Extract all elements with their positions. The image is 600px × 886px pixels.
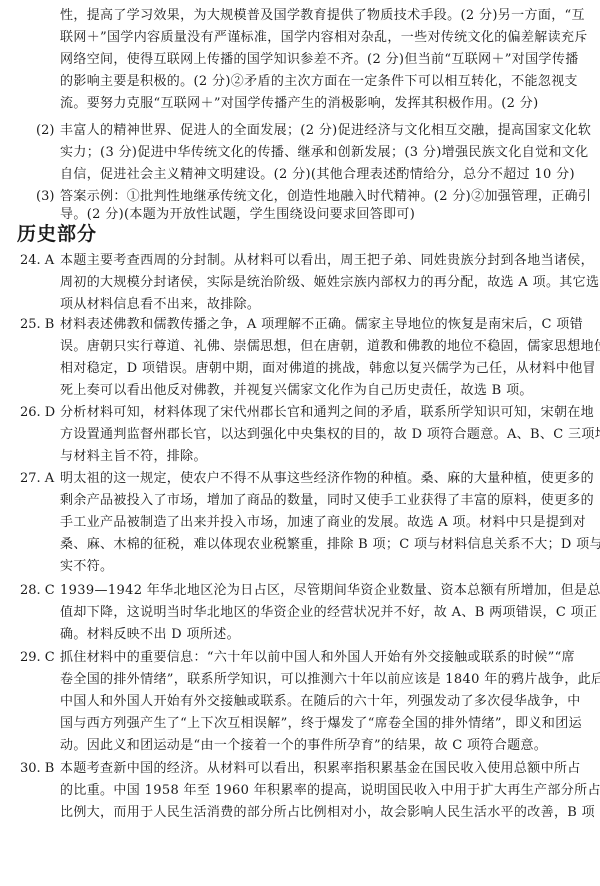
text-line: 误。唐朝只实行尊道、礼佛、崇儒思想，但在唐朝，道教和佛教的地位不稳固，儒家思想地… bbox=[60, 339, 600, 355]
text-line: 本题考查新中国的经济。从材料可以看出，积累率指积累基金在国民收入使用总额中所占 bbox=[60, 761, 581, 777]
text-line: 手工业产品被制造了出来并投入市场，加速了商业的发展。故选 A 项。材料中只是提到… bbox=[60, 515, 586, 531]
text-line: 分析材料可知，材料体现了宋代州郡长官和通判之间的矛盾，联系所学知识可知，宋朝在地 bbox=[60, 405, 594, 421]
text-line: 国与西方列强产生了“上下次互相误解”，终于爆发了“席卷全国的排外情绪”，即义和团… bbox=[60, 716, 582, 732]
text-line: 材料表述佛教和儒教传播之争，A 项理解不正确。儒家主导地位的恢复是南宋后，C 项… bbox=[60, 317, 583, 333]
text-line: 明太祖的这一规定，使农户不得不从事这些经济作物的种植。桑、麻的大量种植，使更多的 bbox=[60, 471, 594, 487]
sub-answer-label: (3) bbox=[36, 189, 54, 205]
text-line: 答案示例：①批判性地继承传统文化，创造性地融入时代精神。(2 分)②加强管理，正… bbox=[60, 189, 591, 205]
text-line: 确。材料反映不出 D 项所述。 bbox=[60, 627, 240, 643]
text-line: 抓住材料中的重要信息：“六十年以前中国人和外国人开始有外交接触或联系的时候”“席 bbox=[60, 650, 575, 666]
text-line: 本题主要考查西周的分封制。从材料可以看出，周王把子弟、同姓贵族分封到各地当诸侯， bbox=[60, 253, 594, 269]
text-line: 周初的大规模分封诸侯，实际是统治阶级、姬姓宗族内部权力的再分配，故选 A 项。其… bbox=[60, 275, 599, 291]
text-line: 项从材料信息看不出来，故排除。 bbox=[60, 297, 260, 313]
text-line: 桑、麻、木棉的征税，难以体现农业税繁重，排除 B 项；C 项与材料信息关系不大；… bbox=[60, 537, 600, 553]
text-line: 导。(2 分)(本题为开放性试题，学生围绕设问要求回答即可) bbox=[60, 207, 415, 223]
text-line: 联网＋”国学内容质量没有严谨标准，国学内容相对杂乱，一些对传统文化的偏差解读充斥 bbox=[60, 30, 588, 46]
text-line: 比例大，而用于人民生活消费的部分所占比例相对小，故会影响人民生活水平的改善，B … bbox=[60, 805, 595, 821]
sub-answer-label: (2) bbox=[36, 123, 54, 139]
question-label: 28. C bbox=[20, 583, 55, 599]
question-label: 24. A bbox=[20, 253, 54, 269]
question-label: 25. B bbox=[20, 317, 54, 333]
text-line: 中国人和外国人开始有外交接触或联系。在随后的六十年，列强发动了多次侵华战争，中 bbox=[60, 694, 581, 710]
text-line: 实力；(3 分)促进中华传统文化的传播、继承和创新发展；(3 分)增强民族文化自… bbox=[60, 145, 589, 161]
text-line: 的影响主要是积极的。(2 分)②矛盾的主次方面在一定条件下可以相互转化，不能忽视… bbox=[60, 74, 578, 90]
text-line: 自信，促进社会主义精神文明建设。(2 分)(其他合理表述酌情给分，总分不超过 1… bbox=[60, 167, 575, 183]
text-line: 性，提高了学习效果，为大规模普及国学教育提供了物质技术手段。(2 分)另一方面，… bbox=[60, 8, 585, 24]
text-line: 值却下降，这说明当时华北地区的华资企业的经营状况并不好，故 A、B 两项错误，C… bbox=[60, 605, 597, 621]
text-line: 流。要努力克服“互联网＋”对国学传播产生的消极影响，发挥其积极作用。(2 分) bbox=[60, 96, 539, 112]
question-label: 26. D bbox=[20, 405, 55, 421]
text-line: 与材料主旨不符，排除。 bbox=[60, 449, 207, 465]
text-line: 丰富人的精神世界、促进人的全面发展；(2 分)促进经济与文化相互交融，提高国家文… bbox=[60, 123, 591, 139]
text-line: 死上奏可以看出他反对佛教，并视复兴儒家文化作为自己历史责任，故选 B 项。 bbox=[60, 383, 533, 399]
text-line: 的比重。中国 1958 年至 1960 年积累率的提高，说明国民收入中用于扩大再… bbox=[60, 783, 600, 799]
section-heading: 历史部分 bbox=[17, 223, 97, 245]
question-label: 29. C bbox=[20, 650, 55, 666]
answer-key-page: 性，提高了学习效果，为大规模普及国学教育提供了物质技术手段。(2 分)另一方面，… bbox=[0, 0, 600, 886]
question-label: 30. B bbox=[20, 761, 54, 777]
question-label: 27. A bbox=[20, 471, 54, 487]
text-line: 实不符。 bbox=[60, 559, 113, 575]
text-line: 网络空间，使得互联网上传播的国学知识参差不齐。(2 分)但当前“互联网＋”对国学… bbox=[60, 52, 579, 68]
text-line: 1939—1942 年华北地区沦为日占区，尽管期间华资企业数量、资本总额有所增加… bbox=[60, 583, 600, 599]
text-line: 卷全国的排外情绪”，联系所学知识，可以推测六十年以前应该是 1840 年的鸦片战… bbox=[60, 672, 600, 688]
text-line: 剩余产品被投入了市场，增加了商品的数量，同时又使手工业获得了丰富的原料，使更多的 bbox=[60, 493, 594, 509]
text-line: 相对稳定，D 项错误。唐朝中期，面对佛道的挑战，韩愈以复兴儒学为己任，从材料中他… bbox=[60, 361, 596, 377]
text-line: 动。因此义和团运动是“由一个接着一个的事件所孕育”的结果，故 C 项符合题意。 bbox=[60, 738, 547, 754]
text-line: 方设置通判监督州郡长官，以达到强化中央集权的目的，故 D 项符合题意。A、B、C… bbox=[60, 427, 600, 443]
